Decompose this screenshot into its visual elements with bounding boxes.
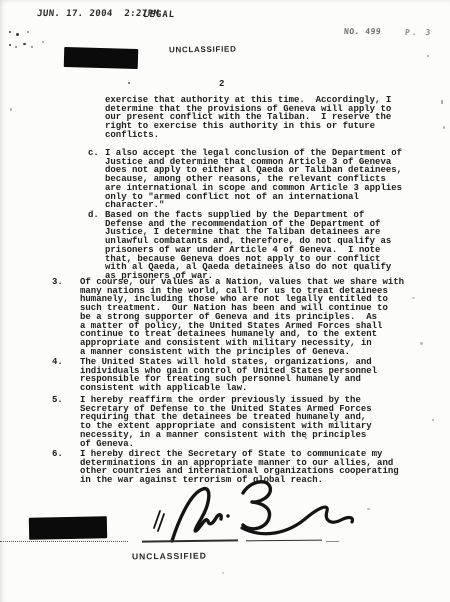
classification-top: UNCLASSIFIED bbox=[169, 45, 237, 55]
scan-speck bbox=[31, 46, 33, 48]
paragraph-text: Of course, our values as a Nation, value… bbox=[80, 278, 425, 356]
paragraph-marker: 5. bbox=[52, 396, 80, 448]
george-w-bush-signature-icon bbox=[140, 478, 355, 550]
paragraph-text: Based on the facts supplied by the Depar… bbox=[105, 211, 417, 281]
scan-speck bbox=[432, 419, 434, 421]
dotted-baseline bbox=[0, 541, 128, 542]
fax-timestamp: JUN. 17. 2004 2:27PM bbox=[37, 9, 160, 19]
scan-speck bbox=[15, 46, 17, 48]
scan-speck bbox=[443, 126, 445, 129]
paragraph-text: I hereby reaffirm the order previously i… bbox=[80, 396, 425, 448]
paragraph-marker: d. bbox=[88, 211, 105, 281]
scan-speck bbox=[9, 31, 11, 33]
scan-speck bbox=[128, 82, 130, 84]
memo-paragraph-d: d. Based on the facts supplied by the De… bbox=[88, 211, 417, 281]
fax-number: NO. 499 bbox=[344, 27, 382, 36]
scan-speck bbox=[427, 55, 429, 57]
scan-speck bbox=[23, 43, 26, 45]
paragraph-text: exercise that authority at this time. Ac… bbox=[105, 96, 405, 140]
scanned-memo-page: JUN. 17. 2004 2:27PM LEGAL NO. 499 P. 3 … bbox=[0, 0, 450, 602]
fax-sender-label: LEGAL bbox=[143, 10, 176, 20]
paragraph-marker: 4. bbox=[52, 358, 80, 393]
memo-paragraph-b-continuation: exercise that authority at this time. Ac… bbox=[105, 96, 405, 140]
redaction-bar-icon bbox=[29, 516, 107, 540]
paragraph-marker: c. bbox=[88, 149, 105, 210]
signature-line-tail bbox=[326, 541, 339, 542]
scan-speck bbox=[305, 437, 307, 439]
paragraph-text: The United States will hold states, orga… bbox=[80, 358, 425, 393]
scan-speck bbox=[420, 342, 423, 345]
classification-bottom: UNCLASSIFIED bbox=[132, 551, 207, 562]
scan-speck bbox=[27, 31, 29, 33]
scan-speck bbox=[9, 44, 11, 46]
scan-speck bbox=[16, 33, 19, 36]
paragraph-text: I also accept the legal conclusion of th… bbox=[105, 149, 417, 210]
scan-speck bbox=[222, 572, 224, 574]
memo-paragraph-4: 4. The United States will hold states, o… bbox=[52, 358, 425, 393]
scan-speck bbox=[441, 100, 443, 104]
scan-speck bbox=[412, 297, 415, 299]
memo-paragraph-3: 3. Of course, our values as a Nation, va… bbox=[52, 278, 425, 356]
scan-speck bbox=[42, 41, 44, 43]
scan-speck bbox=[367, 508, 370, 510]
redaction-bar-icon bbox=[64, 47, 139, 69]
paragraph-marker: 6. bbox=[52, 450, 80, 485]
fax-page-indicator: P. 3 bbox=[405, 28, 433, 37]
page-number: 2 bbox=[219, 79, 224, 89]
memo-paragraph-5: 5. I hereby reaffirm the order previousl… bbox=[52, 396, 425, 448]
memo-paragraph-c: c. I also accept the legal conclusion of… bbox=[88, 149, 417, 210]
paragraph-marker: 3. bbox=[52, 278, 80, 356]
scan-speck bbox=[10, 108, 12, 111]
